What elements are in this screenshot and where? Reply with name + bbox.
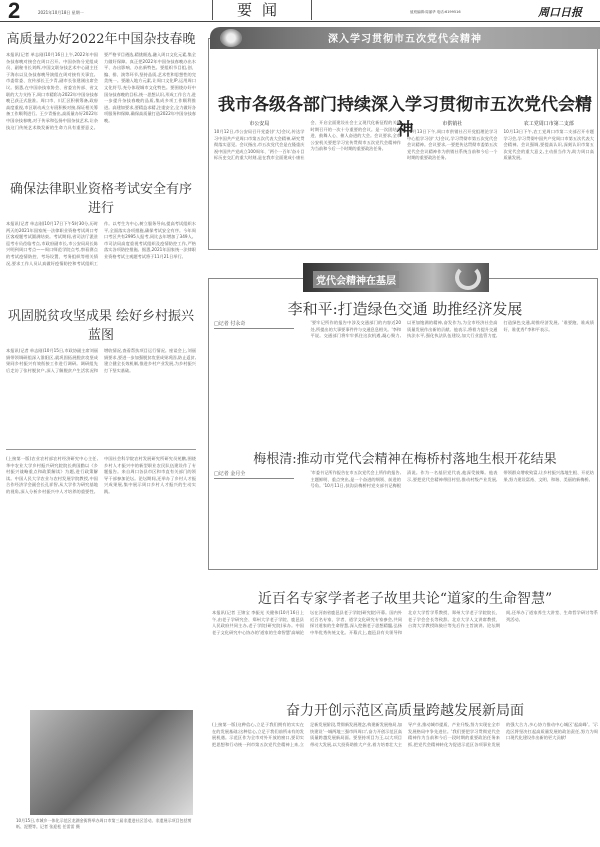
emblem-icon	[220, 29, 242, 47]
subsection-body: 10月13日下午,农工党周口市第二支部召开专题学习会,学习贯彻中国共产党周口市第…	[504, 129, 595, 162]
feature-body: 市公安局 10月12日,市公安局召开党委(扩大)会议,传达学习中国共产党周口市第…	[214, 120, 594, 246]
subsection-title: 农工党周口市第二支部	[504, 120, 595, 127]
subsection-title: 市公安局	[214, 120, 305, 127]
headline: 奋力开创示范区高质量跨越发展新局面	[210, 700, 600, 720]
article-poverty-alleviation: 巩固脱贫攻坚成果 绘好乡村振兴蓝图 本报讯(记者 单志刚)10月15日,市政协副…	[6, 305, 196, 443]
masthead: 2 2021年10月18日 星期一 要闻 值班编辑:周丽华 电话:6199516…	[0, 0, 600, 22]
feature-banner: 党代会精神在基层	[303, 263, 489, 292]
banner-label: 深入学习贯彻市五次党代会精神	[328, 30, 482, 45]
photo-caption: 10月15日,市城乡一体化示范区龙湖金街将举办周口市第三届非遗进社区活动。非遗展…	[16, 818, 196, 830]
editor-info: 值班编辑:周丽华 电话:6199516	[410, 10, 461, 15]
news-photo	[30, 710, 193, 815]
subsection-body: 10月13日下午,周口市供销社召开党组理论学习中心组学习(扩大)会议,学习贯彻市…	[407, 129, 498, 162]
section-title: 要闻	[212, 0, 312, 20]
article-body: 本报讯(记者 王锦宝 李振光 关健伟)10月16日上午,由老子学研究会、郑州大学…	[212, 610, 598, 682]
issue-date: 2021年10月18日 星期一	[38, 10, 84, 16]
hammer-sickle-icon	[455, 265, 481, 290]
article-body: □记者 金月全 '市委书记所作报告在市五次党代会上所作的报告,主题鲜明、重点突出…	[214, 470, 594, 566]
subsection-police: 市公安局 10月12日,市公安局召开党委(扩大)会议,传达学习中国共产党周口市第…	[214, 120, 401, 162]
article-text: '要牢记所作的报告中涉及交通部门的内容近20处,所提出的大事要事件件与交通息息相…	[311, 320, 595, 340]
headline: 高质量办好2022年中国杂技春晚	[6, 28, 196, 47]
subsection-supply-coop: 市供销社 10月13日下午,周口市供销社召开党组理论学习中心组学习(扩大)会议,…	[407, 120, 498, 162]
article-body: 本报讯(记者 单志刚)10月16日上午,2022年中国杂技春晚对接会在周口召开。…	[6, 52, 196, 172]
headline: 确保法律职业资格考试安全有序进行	[6, 178, 196, 216]
newspaper-logo: 周口日报	[538, 4, 582, 20]
left-column: 高质量办好2022年中国杂技春晚 本报讯(记者 单志刚)10月16日上午,202…	[6, 24, 196, 754]
banner-label: 党代会精神在基层	[313, 271, 399, 288]
headline: 梅根清:推动市党代会精神在梅桥村落地生根开花结果	[210, 448, 600, 467]
article-body: 本报讯(记者 单志刚)10月17日下午5时30分,历时两天的2021年国家统一法…	[6, 221, 196, 299]
headline: 李和平:打造绿色交通 助推经济发展	[210, 298, 600, 319]
page-number: 2	[8, 1, 20, 21]
subsection-title: 市供销社	[407, 120, 498, 127]
subsection-peasants-party: 农工党周口市第二支部 10月13日下午,农工党周口市第二支部召开专题学习会,学习…	[504, 120, 595, 162]
article-body: 本报讯(记者 单志刚)10月15日,市政协副主席刘丽娟带领调研组深入淮阳区,就巩…	[6, 348, 196, 443]
article-body: (上接第一版)这种信心,立足于我们拥有的实实在在的发展基础;这种信心,立足于我们…	[212, 722, 598, 844]
feature-banner: 深入学习贯彻市五次党代会精神	[210, 27, 600, 49]
headline: 巩固脱贫攻坚成果 绘好乡村振兴蓝图	[6, 305, 196, 343]
article-acrobatics-gala: 高质量办好2022年中国杂技春晚 本报讯(记者 单志刚)10月16日上午,202…	[6, 28, 196, 172]
article-text: '市委书记所作报告在市五次党代会上所作的报告,主题鲜明、重点突出,是一个奋进的纲…	[311, 470, 595, 490]
article-body: □记者 付永奇 '要牢记所作的报告中涉及交通部门的内容近20处,所提出的大事要事…	[214, 320, 594, 416]
byline: □记者 付永奇	[214, 320, 294, 329]
article-law-exam: 确保法律职业资格考试安全有序进行 本报讯(记者 单志刚)10月17日下午5时30…	[6, 178, 196, 299]
divider	[6, 449, 196, 450]
headline: 近百名专家学者老子故里共论“道家的生命智慧”	[210, 588, 600, 608]
byline: □记者 金月全	[214, 470, 294, 479]
